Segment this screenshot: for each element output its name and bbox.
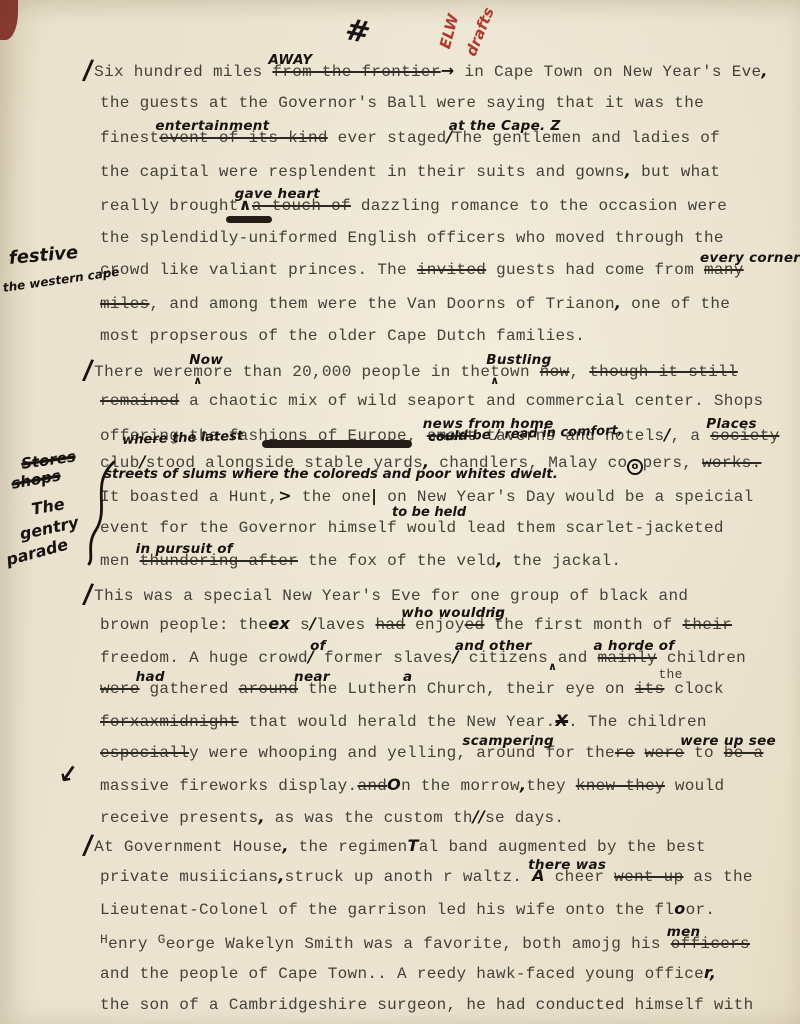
typed-text: y were whooping and yelling,: [189, 744, 466, 762]
typed-text: as was the custom th: [265, 809, 473, 827]
typed-text: the guests at the Governor's Ball were s…: [100, 94, 704, 112]
struck-typed-text: works.: [702, 454, 761, 472]
typed-text: s: [290, 616, 310, 634]
typed-line: the capital were resplendent in their su…: [100, 161, 720, 182]
margin-note: streets of slums where the coloreds and …: [104, 466, 558, 482]
typed-text: or.: [686, 901, 716, 919]
handwritten-insertion-above-text: entertainment: [155, 116, 269, 136]
typed-line: event for the Governor himself would lea…: [100, 518, 724, 538]
typed-line: werehad gathered aroundnear the Lutheran…: [100, 679, 724, 699]
handwritten-insertion-above-text: of: [310, 636, 326, 656]
typed-line: miles, and among them were the Van Doorn…: [100, 293, 730, 314]
typed-line: Lieutenat-Colonel of the garrison led hi…: [100, 899, 715, 920]
red-annotation: drafts: [462, 5, 498, 59]
struck-typed-text: around: [239, 680, 298, 698]
typed-text: ,: [569, 363, 589, 381]
typed-text: There were: [94, 363, 193, 381]
typed-line: forxaxmidnight that would herald the New…: [100, 711, 707, 732]
typed-text: they: [526, 777, 576, 795]
corner-blotch: [0, 0, 18, 40]
typed-text: and the people of Cape Town.. A reedy ha…: [100, 965, 704, 983]
handwritten-insertion-above-text: at the Cape. Z: [449, 116, 561, 136]
handwritten-insertion-above-text: Places: [706, 414, 757, 434]
manuscript-page: ∕Six hundred miles AWAYfrom the frontier…: [0, 0, 800, 1024]
typed-text: finest: [100, 129, 159, 147]
typed-text: n Church, their eye on: [407, 680, 635, 698]
typed-line: the splendidly-uniformed English officer…: [100, 228, 724, 248]
typed-text: event for the Governor himself would lea…: [100, 519, 724, 537]
raised-typed-letter: H: [100, 932, 108, 947]
typed-text: It boasted a Hunt,: [100, 488, 278, 506]
typed-text: guests had come from: [486, 261, 704, 279]
handwritten-insertion-above-text: a horde of: [594, 636, 675, 656]
typed-text: laves: [316, 616, 375, 634]
handwritten-insertion-above-text: were up see: [680, 731, 776, 751]
typed-text: enry: [108, 935, 158, 953]
typed-text: the fox of the veld: [298, 552, 496, 570]
typed-text: dazzling romance to the occasion were: [351, 197, 727, 215]
handwritten-insertion-above-text: had: [136, 667, 165, 687]
paragraph-mark: ∕: [82, 361, 94, 382]
typed-text: would: [665, 777, 724, 795]
paragraph-mark: ∕: [82, 836, 94, 857]
typed-text: that would herald the New Year.: [239, 713, 556, 731]
typed-text: Six hundred miles: [94, 63, 272, 81]
handwritten-mark: r,: [704, 963, 716, 982]
typed-text: , and among them were the Van Doorns of …: [150, 295, 615, 313]
typed-line: ∕There were∧Nowmore than 20,000 people i…: [100, 358, 738, 383]
handwritten-mark: ,: [761, 61, 767, 80]
handwritten-mark: →: [441, 61, 455, 80]
typed-text: brown people: the: [100, 616, 268, 634]
struck-typed-text: and: [357, 777, 387, 795]
struck-typed-text: re: [615, 744, 635, 762]
typed-line: and the people of Cape Town.. A reedy ha…: [100, 963, 716, 984]
handwritten-insertion-above-text: every corner of: [700, 248, 800, 268]
handwritten-insertion-above-text: gave heart: [235, 184, 320, 204]
struck-handwritten-text: X: [555, 711, 568, 730]
ink-scribble: [262, 440, 412, 448]
typed-text: , a: [671, 427, 711, 445]
typed-text: as the: [683, 868, 752, 886]
typed-text: se days.: [485, 809, 564, 827]
typed-text: in Cape Town on New Year's Eve: [454, 63, 761, 81]
typed-text: really brought: [100, 197, 239, 215]
typed-text: one of the: [621, 295, 730, 313]
handwritten-insertion-above-text: who would: [401, 603, 485, 623]
typed-text: the regimen: [289, 838, 408, 856]
handwritten-insertion-above-text: scampering: [462, 731, 554, 751]
margin-note: shops: [10, 466, 62, 492]
struck-typed-text: miles: [100, 295, 150, 313]
margin-note: to be held: [392, 505, 466, 520]
struck-typed-text: invited: [417, 261, 486, 279]
typed-text: receive presents: [100, 809, 258, 827]
red-annotation: ELW: [436, 12, 462, 51]
ink-scribble: [226, 216, 272, 223]
typed-line: really broughtgave heart∧a touch of dazz…: [100, 195, 727, 216]
handwritten-mark: >: [278, 486, 292, 505]
struck-typed-text: their: [683, 616, 733, 634]
margin-note: festive: [8, 242, 79, 269]
typed-text: al band augmented by the best: [419, 838, 706, 856]
typed-text: At Government House: [94, 838, 282, 856]
margin-note: #: [342, 12, 370, 51]
struck-typed-text: remained: [100, 392, 179, 410]
handwritten-mark: o: [674, 899, 685, 918]
typed-text: ever staged: [328, 129, 447, 147]
typed-line: remained a chaotic mix of wild seaport a…: [100, 391, 763, 411]
margin-note: the western cape: [2, 265, 120, 295]
typed-line: finestentertainmentevent of its kind eve…: [100, 127, 720, 148]
typed-line: It boasted a Hunt,> the one| on New Year…: [100, 486, 754, 507]
typed-text: the splendidly-uniformed English officer…: [100, 229, 724, 247]
handwritten-insertion-above-text: in pursuit of: [136, 539, 233, 559]
struck-typed-text: went up: [614, 868, 683, 886]
handwritten-mark: ex: [268, 614, 290, 633]
struck-typed-text: forxaxmidnight: [100, 713, 239, 731]
typed-text: This was a special New Year's Eve for on…: [94, 587, 688, 605]
paragraph-mark: ∕: [82, 585, 94, 606]
struck-typed-text: knew they: [576, 777, 665, 795]
typed-text: the jackal.: [502, 552, 621, 570]
typed-line: ∕This was a special New Year's Eve for o…: [100, 582, 688, 606]
handwritten-insertion-above-text: there was: [528, 855, 606, 875]
handwritten-insertion-above-text: AWAY: [268, 50, 312, 70]
struck-typed-text: were: [645, 744, 685, 762]
paragraph-mark: ∕: [82, 61, 94, 82]
typed-line: massive fireworks display.andOn the morr…: [100, 775, 724, 796]
typed-text: eorge Wakelyn Smith was a favorite, both…: [166, 935, 671, 953]
handwritten-insertion-above-text: and other: [455, 636, 532, 656]
handwritten-insertion-above-text: Bustling: [486, 350, 551, 370]
circled-letter: o: [627, 459, 642, 475]
handwritten-insertion-above-text: a: [403, 667, 412, 687]
handwritten-mark: ∕∕: [473, 807, 485, 826]
typed-line: brown people: theex s∕laves hadwho would…: [100, 614, 732, 635]
typed-text: [635, 744, 645, 762]
raised-typed-letter: G: [158, 932, 166, 947]
typed-line: crowd like valiant princes. The invited …: [100, 260, 744, 280]
handwritten-insertion-above-text: near: [294, 667, 330, 687]
handwritten-insertion-above-text: men: [667, 922, 701, 942]
typed-text: struck up anoth r waltz.: [285, 868, 533, 886]
handwritten-insertion-above-text: Now: [189, 350, 223, 370]
typed-text: massive fireworks display.: [100, 777, 357, 795]
typed-text: freedom. A huge crowd: [100, 649, 308, 667]
typed-text: on New Year's Day would be a speicial: [377, 488, 753, 506]
struck-typed-text: especiall: [100, 744, 189, 762]
handwritten-insertion-above-text: in: [490, 603, 505, 623]
typed-text: n the morrow: [401, 777, 520, 795]
typed-text: but what: [631, 163, 720, 181]
typed-line: especially were whooping and yelling,sca…: [100, 743, 763, 763]
typed-line: most propserous of the older Cape Dutch …: [100, 326, 585, 346]
typed-line: men in pursuit ofthundering after the fo…: [100, 550, 621, 571]
typed-line: Henry George Wakelyn Smith was a favorit…: [100, 930, 750, 954]
typed-text: the one: [292, 488, 371, 506]
typed-text: the son of a Cambridgeshire surgeon, he …: [100, 996, 754, 1014]
typed-line: ∕Six hundred miles AWAYfrom the frontier…: [100, 58, 768, 82]
struck-typed-text: were: [100, 680, 140, 698]
typed-line: private musiicians,struck up anoth r wal…: [100, 866, 753, 887]
struck-typed-text: though it still: [589, 363, 738, 381]
typed-line: receive presents, as was the custom th∕∕…: [100, 807, 564, 828]
typed-text: more than 20,000 people in the: [193, 363, 490, 381]
typed-text: the first month of: [494, 616, 682, 634]
typed-text: Lieutenat-Colonel of the garrison led hi…: [100, 901, 674, 919]
typed-text: a chaotic mix of wild seaport and commer…: [179, 392, 763, 410]
typed-text: former slaves: [314, 649, 453, 667]
handwritten-mark: T: [408, 836, 419, 855]
handwritten-mark: O: [387, 775, 401, 794]
typed-insertion-above-text: the: [658, 665, 682, 685]
typed-text: . The children: [568, 713, 707, 731]
typed-line: freedom. A huge crowd∕of former slaves∕a…: [100, 647, 746, 669]
typed-text: the capital were resplendent in their su…: [100, 163, 625, 181]
typed-text: crowd like valiant princes. The: [100, 261, 417, 279]
typed-line: ∕At Government House, the regimenTal ban…: [100, 833, 706, 857]
margin-note: ↙: [56, 759, 81, 790]
typed-text: pers,: [643, 454, 702, 472]
typed-text: private musiicians: [100, 868, 278, 886]
typed-line: the son of a Cambridgeshire surgeon, he …: [100, 995, 754, 1015]
typed-text: most propserous of the older Cape Dutch …: [100, 327, 585, 345]
typed-line: the guests at the Governor's Ball were s…: [100, 93, 704, 113]
